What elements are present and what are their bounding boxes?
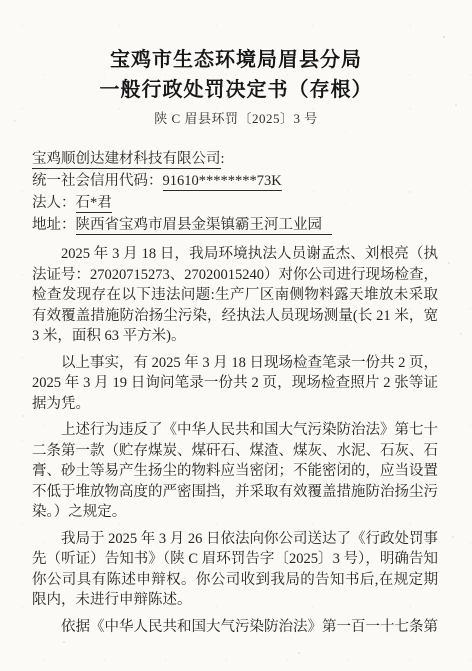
legal-person-value: 石*君 bbox=[76, 195, 112, 213]
scanned-penalty-document-page: 宝鸡市生态环境局眉县分局 一般行政处罚决定书（存根） 陕 C 眉县环罚〔2025… bbox=[0, 0, 472, 671]
recipient-company-name: 宝鸡顺创达建材科技有限公司 bbox=[32, 151, 221, 169]
recipient-info-block: 宝鸡顺创达建材科技有限公司: 统一社会信用代码：91610********73K… bbox=[32, 148, 438, 236]
paragraph-prior-notice: 我局于 2025 年 3 月 26 日依法向你公司送达了《行政处罚事先（听证）告… bbox=[32, 529, 438, 611]
address-label: 地址： bbox=[32, 217, 76, 233]
document-body: 2025 年 3 月 18 日，我局环境执法人员谢孟杰、刘根亮（执法证号：270… bbox=[32, 244, 438, 637]
document-number: 陕 C 眉县环罚〔2025〕3 号 bbox=[0, 110, 472, 128]
credit-code-value: 91610********73K bbox=[163, 173, 282, 191]
document-title-line2: 一般行政处罚决定书（存根） bbox=[0, 74, 472, 104]
address-value: 陕西省宝鸡市眉县金渠镇霸王河工业园 bbox=[76, 217, 333, 235]
document-title-line1: 宝鸡市生态环境局眉县分局 bbox=[0, 44, 472, 74]
credit-code-line: 统一社会信用代码：91610********73K bbox=[32, 170, 438, 192]
recipient-company-line: 宝鸡顺创达建材科技有限公司: bbox=[32, 148, 438, 170]
address-line: 地址：陕西省宝鸡市眉县金渠镇霸王河工业园 bbox=[32, 214, 438, 236]
legal-person-label: 法人： bbox=[32, 195, 76, 211]
recipient-company-colon: : bbox=[221, 151, 225, 167]
paragraph-evidence: 以上事实，有 2025 年 3 月 18 日现场检查笔录一份共 2 页，2025… bbox=[32, 353, 438, 415]
paragraph-violation-legal-basis: 上述行为违反了《中华人民共和国大气污染防治法》第七十二条第一款（贮存煤炭、煤矸石… bbox=[32, 420, 438, 523]
paragraph-inspection-findings: 2025 年 3 月 18 日，我局环境执法人员谢孟杰、刘根亮（执法证号：270… bbox=[32, 244, 438, 347]
legal-person-line: 法人：石*君 bbox=[32, 192, 438, 214]
credit-code-label: 统一社会信用代码： bbox=[32, 173, 163, 189]
document-header: 宝鸡市生态环境局眉县分局 一般行政处罚决定书（存根） 陕 C 眉县环罚〔2025… bbox=[0, 0, 472, 128]
paragraph-penalty-basis-truncated: 依据《中华人民共和国大气污染防治法》第一百一十七条第 bbox=[32, 617, 438, 638]
